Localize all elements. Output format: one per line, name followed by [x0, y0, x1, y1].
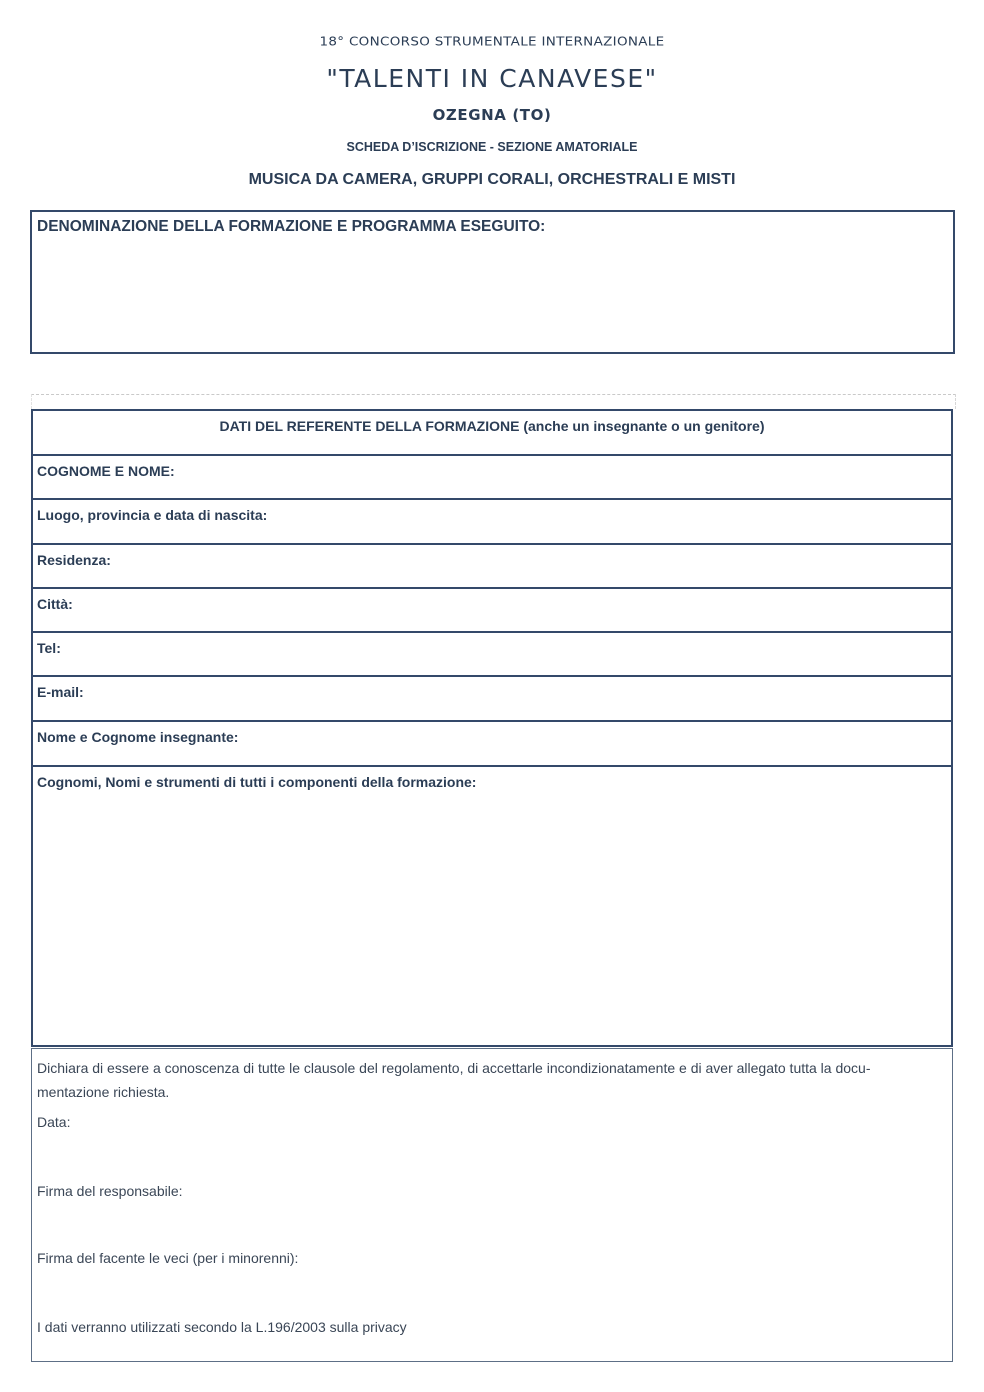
- field-full-name[interactable]: COGNOME E NOME:: [33, 456, 951, 500]
- date-field[interactable]: Data:: [37, 1114, 70, 1130]
- competition-location: OZEGNA (TO): [0, 106, 984, 124]
- field-label: Luogo, provincia e data di nascita:: [37, 507, 267, 523]
- field-phone[interactable]: Tel:: [33, 633, 951, 677]
- field-label: Città:: [37, 596, 73, 612]
- field-label: COGNOME E NOME:: [37, 463, 175, 479]
- field-residence[interactable]: Residenza:: [33, 545, 951, 589]
- form-type: SCHEDA D’ISCRIZIONE - SEZIONE AMATORIALE: [0, 140, 984, 154]
- field-label: Cognomi, Nomi e strumenti di tutti i com…: [37, 774, 476, 790]
- field-email[interactable]: E-mail:: [33, 677, 951, 722]
- field-label: Residenza:: [37, 552, 111, 568]
- referent-heading-text: DATI DEL REFERENTE DELLA FORMAZIONE (anc…: [33, 418, 951, 434]
- guardian-signature-field[interactable]: Firma del facente le veci (per i minoren…: [37, 1250, 298, 1266]
- referent-table-heading: DATI DEL REFERENTE DELLA FORMAZIONE (anc…: [33, 411, 951, 456]
- referent-table: DATI DEL REFERENTE DELLA FORMAZIONE (anc…: [31, 409, 953, 1047]
- formation-program-field[interactable]: DENOMINAZIONE DELLA FORMAZIONE E PROGRAM…: [30, 210, 955, 354]
- field-label: Nome e Cognome insegnante:: [37, 729, 238, 745]
- competition-title: "TALENTI IN CANAVESE": [0, 64, 984, 93]
- field-city[interactable]: Città:: [33, 589, 951, 633]
- field-label: E-mail:: [37, 684, 84, 700]
- declaration-line-1: Dichiara di essere a conoscenza di tutte…: [37, 1056, 947, 1080]
- field-teacher-name[interactable]: Nome e Cognome insegnante:: [33, 722, 951, 767]
- section-divider: [31, 394, 956, 409]
- declaration-box: Dichiara di essere a conoscenza di tutte…: [31, 1048, 953, 1362]
- field-birth-place-date[interactable]: Luogo, provincia e data di nascita:: [33, 500, 951, 545]
- field-label: Tel:: [37, 640, 61, 656]
- form-category: MUSICA DA CAMERA, GRUPPI CORALI, ORCHEST…: [0, 171, 984, 189]
- formation-program-label: DENOMINAZIONE DELLA FORMAZIONE E PROGRAM…: [37, 218, 545, 236]
- field-members-list[interactable]: Cognomi, Nomi e strumenti di tutti i com…: [33, 767, 951, 1045]
- privacy-note: I dati verranno utilizzati secondo la L.…: [37, 1319, 407, 1335]
- declaration-text: Dichiara di essere a conoscenza di tutte…: [37, 1056, 947, 1104]
- declaration-line-2: mentazione richiesta.: [37, 1080, 947, 1104]
- signature-field[interactable]: Firma del responsabile:: [37, 1183, 183, 1199]
- competition-subtitle: 18° CONCORSO STRUMENTALE INTERNAZIONALE: [0, 35, 984, 50]
